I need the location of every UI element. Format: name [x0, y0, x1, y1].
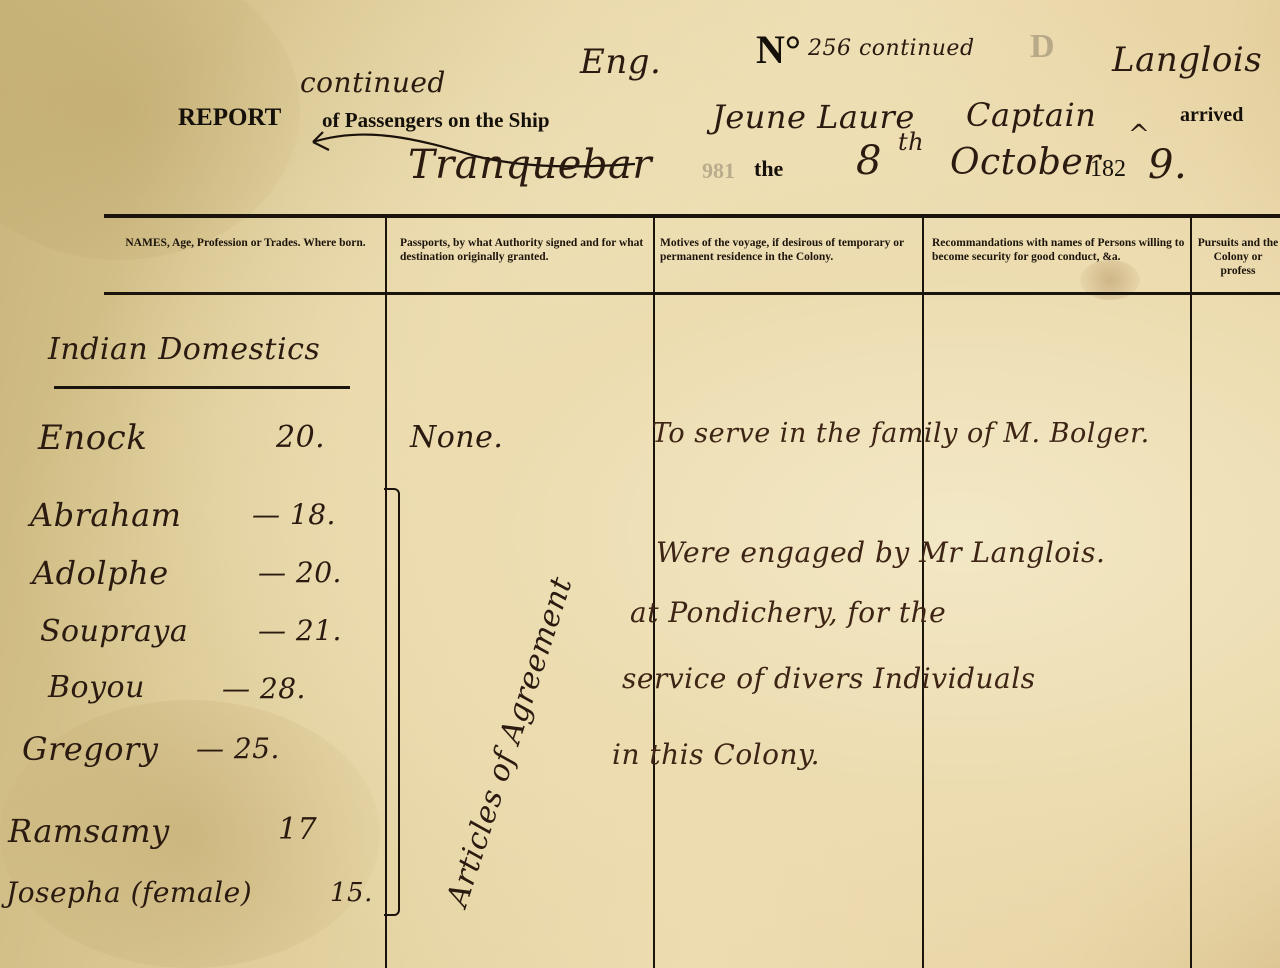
year-printed: 182 — [1090, 156, 1126, 183]
arrival-day: 8 — [856, 138, 882, 184]
column-header-recommendations: Recommandations with names of Persons wi… — [932, 236, 1186, 264]
number-value: 256 continued — [808, 36, 975, 61]
column-header-motives: Motives of the voyage, if desirous of te… — [660, 236, 918, 264]
column-divider — [922, 216, 924, 968]
grouping-bracket — [384, 488, 400, 916]
section-heading: Indian Domestics — [48, 332, 320, 367]
passenger-age: 17 — [278, 812, 317, 847]
motives-entry: To serve in the family of M. Bolger. — [652, 418, 1150, 449]
arrived-label: arrived — [1180, 104, 1243, 127]
passenger-age: 20. — [276, 420, 325, 455]
passenger-age: — 18. — [252, 498, 336, 531]
faded-digits: 981 — [702, 158, 735, 184]
passenger-age: — 28. — [222, 672, 306, 705]
passenger-name: Enock — [38, 418, 147, 458]
motives-block-line: service of divers Individuals — [622, 662, 1036, 695]
motives-block-line: at Pondichery, for the — [630, 596, 946, 629]
motives-block-line: Were engaged by Mr Langlois. — [656, 536, 1105, 569]
caret-mark: ^ — [1128, 120, 1150, 150]
the-label: the — [754, 156, 783, 182]
passenger-name: Boyou — [48, 670, 145, 705]
header-bottom-rule — [104, 292, 1280, 295]
passport-vertical-note: Articles of Agreement — [440, 573, 580, 911]
annotation-continued: continued — [300, 66, 446, 99]
passenger-name: Abraham — [30, 496, 182, 534]
ship-name: Jeune Laure — [712, 98, 915, 136]
column-divider — [653, 216, 655, 968]
annotation-eng: Eng. — [580, 42, 661, 82]
passenger-age: — 20. — [258, 556, 342, 589]
column-header-pursuits: Pursuits and the Colony or profess — [1196, 236, 1280, 280]
passenger-name: Adolphe — [32, 554, 169, 592]
motives-block-line: in this Colony. — [612, 738, 820, 771]
section-heading-underline — [54, 386, 350, 389]
passenger-name: Gregory — [22, 730, 158, 768]
passport-entry: None. — [410, 420, 503, 455]
faded-stamp: D — [1030, 28, 1055, 66]
passenger-name: Ramsamy — [8, 812, 170, 850]
year-handwritten: 9. — [1148, 142, 1187, 188]
passenger-age: — 25. — [196, 732, 280, 765]
passenger-age: — 21. — [258, 614, 342, 647]
captain-label: Captain — [966, 96, 1096, 134]
passenger-name: Soupraya — [40, 614, 188, 649]
passenger-age: 15. — [330, 878, 373, 908]
arrival-day-suffix: th — [898, 128, 924, 156]
number-label: N° — [756, 26, 801, 73]
column-header-passports: Passports, by what Authority signed and … — [400, 236, 648, 264]
port-name: Tranquebar — [408, 142, 652, 188]
arrival-month: October — [950, 142, 1101, 183]
column-divider — [1190, 216, 1192, 968]
report-label: REPORT — [178, 104, 281, 132]
column-header-names: NAMES, Age, Profession or Trades. Where … — [108, 236, 383, 250]
passenger-name: Josepha (female) — [6, 876, 252, 909]
table-top-rule — [104, 214, 1280, 218]
captain-name: Langlois — [1112, 40, 1262, 80]
